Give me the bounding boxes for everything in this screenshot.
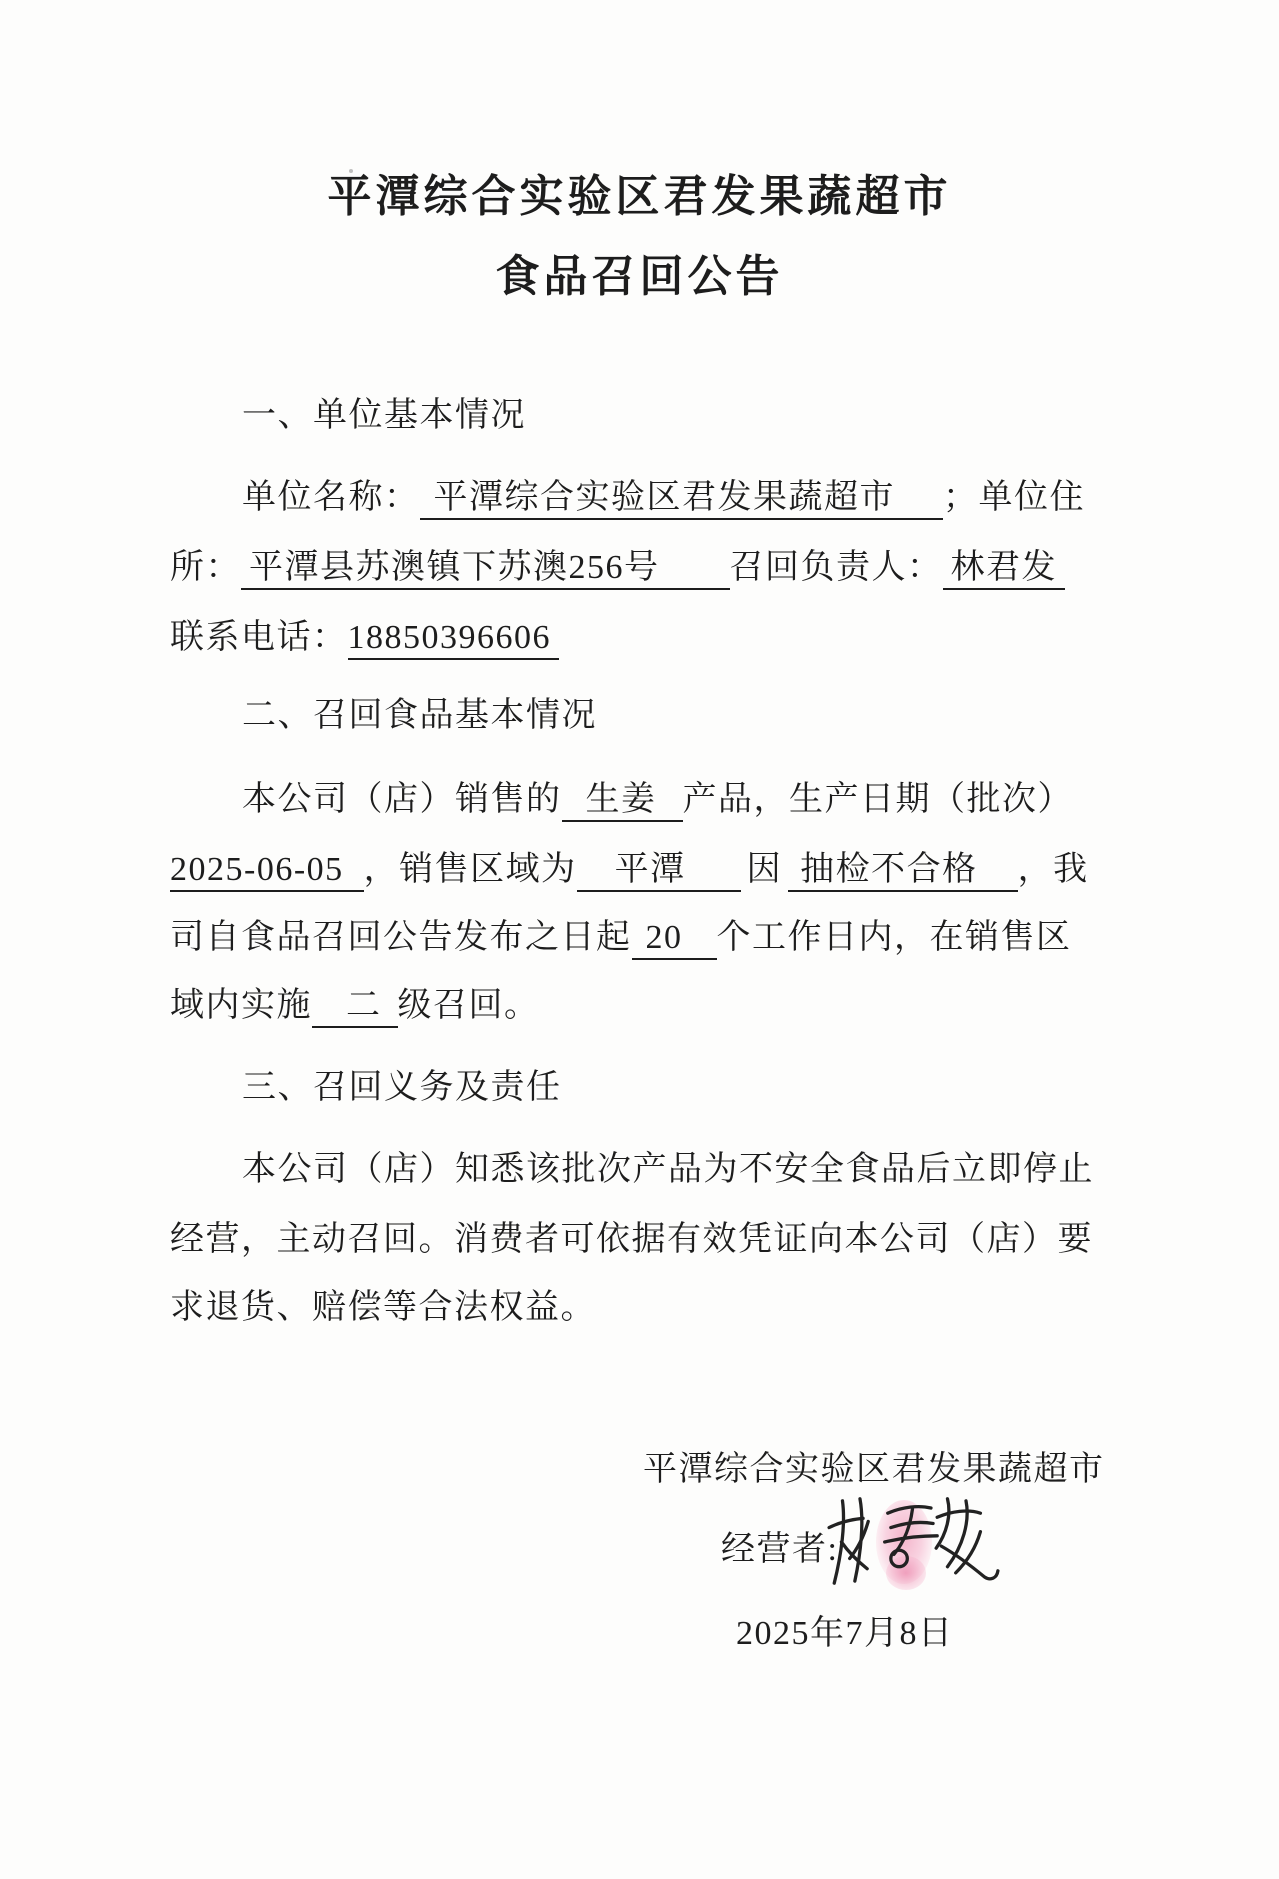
product-line: 本公司（店）销售的生姜产品，生产日期（批次）	[170, 776, 1073, 824]
recall-level-value: 二	[312, 986, 398, 1028]
reason-label: 因	[747, 851, 783, 888]
liability-line3: 求退货、赔偿等合法权益。	[170, 1284, 596, 1332]
section3-heading: 三、召回义务及责任	[242, 1064, 562, 1112]
workdays-value: 20	[632, 918, 717, 960]
section1-heading: 一、单位基本情况	[242, 392, 526, 440]
recall-manager-value: 林君发	[943, 548, 1066, 590]
workdays-suffix: 个工作日内，在销售区	[717, 919, 1072, 956]
liability-line1: 本公司（店）知悉该批次产品为不安全食品后立即停止	[170, 1146, 1094, 1194]
batch-region-line: 2025-06-05，销售区域为平潭因抽检不合格，我	[170, 846, 1089, 894]
recall-level-prefix: 域内实施	[170, 987, 312, 1024]
section2-heading: 二、召回食品基本情况	[242, 692, 597, 740]
unit-address-label: 所：	[170, 549, 241, 586]
phone-line: 联系电话：18850396606	[170, 614, 559, 662]
region-value: 平潭	[577, 850, 741, 892]
recall-level-suffix: 级召回。	[398, 987, 540, 1024]
phone-label: 联系电话：	[170, 619, 348, 656]
unit-name-suffix: ；单位住	[943, 479, 1085, 516]
signature-company: 平潭综合实验区君发果蔬超市	[643, 1446, 1105, 1494]
doc-title-line2: 食品召回公告	[0, 248, 1279, 306]
recall-level-line: 域内实施二级召回。	[170, 982, 540, 1030]
unit-address-line: 所：平潭县苏澳镇下苏澳256号召回负责人：林君发	[170, 544, 1065, 592]
handwritten-signature	[826, 1490, 1001, 1594]
batch-line-suffix: ，我	[1018, 851, 1089, 888]
unit-name-label: 单位名称：	[242, 479, 420, 516]
product-suffix: 产品，生产日期（批次）	[683, 781, 1074, 818]
unit-name-line: 单位名称：平潭综合实验区君发果蔬超市；单位住	[170, 474, 1085, 522]
issue-date: 2025年7月8日	[736, 1610, 954, 1658]
liability-line2: 经营，主动召回。消费者可依据有效凭证向本公司（店）要	[170, 1216, 1093, 1264]
product-prefix: 本公司（店）销售的	[242, 781, 562, 818]
workdays-prefix: 司自食品召回公告发布之日起	[170, 919, 632, 956]
phone-value: 18850396606	[348, 618, 560, 660]
region-label: ，销售区域为	[364, 851, 577, 888]
batch-date-value: 2025-06-05	[170, 850, 364, 892]
recall-manager-label: 召回负责人：	[730, 549, 943, 586]
product-value: 生姜	[562, 780, 683, 822]
unit-address-value: 平潭县苏澳镇下苏澳256号	[241, 548, 730, 590]
unit-name-value: 平潭综合实验区君发果蔬超市	[420, 478, 944, 520]
reason-value: 抽检不合格	[788, 850, 1018, 892]
operator-label: 经营者:	[721, 1526, 838, 1574]
workdays-line: 司自食品召回公告发布之日起20个工作日内，在销售区	[170, 914, 1072, 962]
document-page: 平潭综合实验区君发果蔬超市 食品召回公告 一、单位基本情况 单位名称：平潭综合实…	[0, 0, 1279, 1879]
doc-title-line1: 平潭综合实验区君发果蔬超市	[0, 168, 1279, 226]
